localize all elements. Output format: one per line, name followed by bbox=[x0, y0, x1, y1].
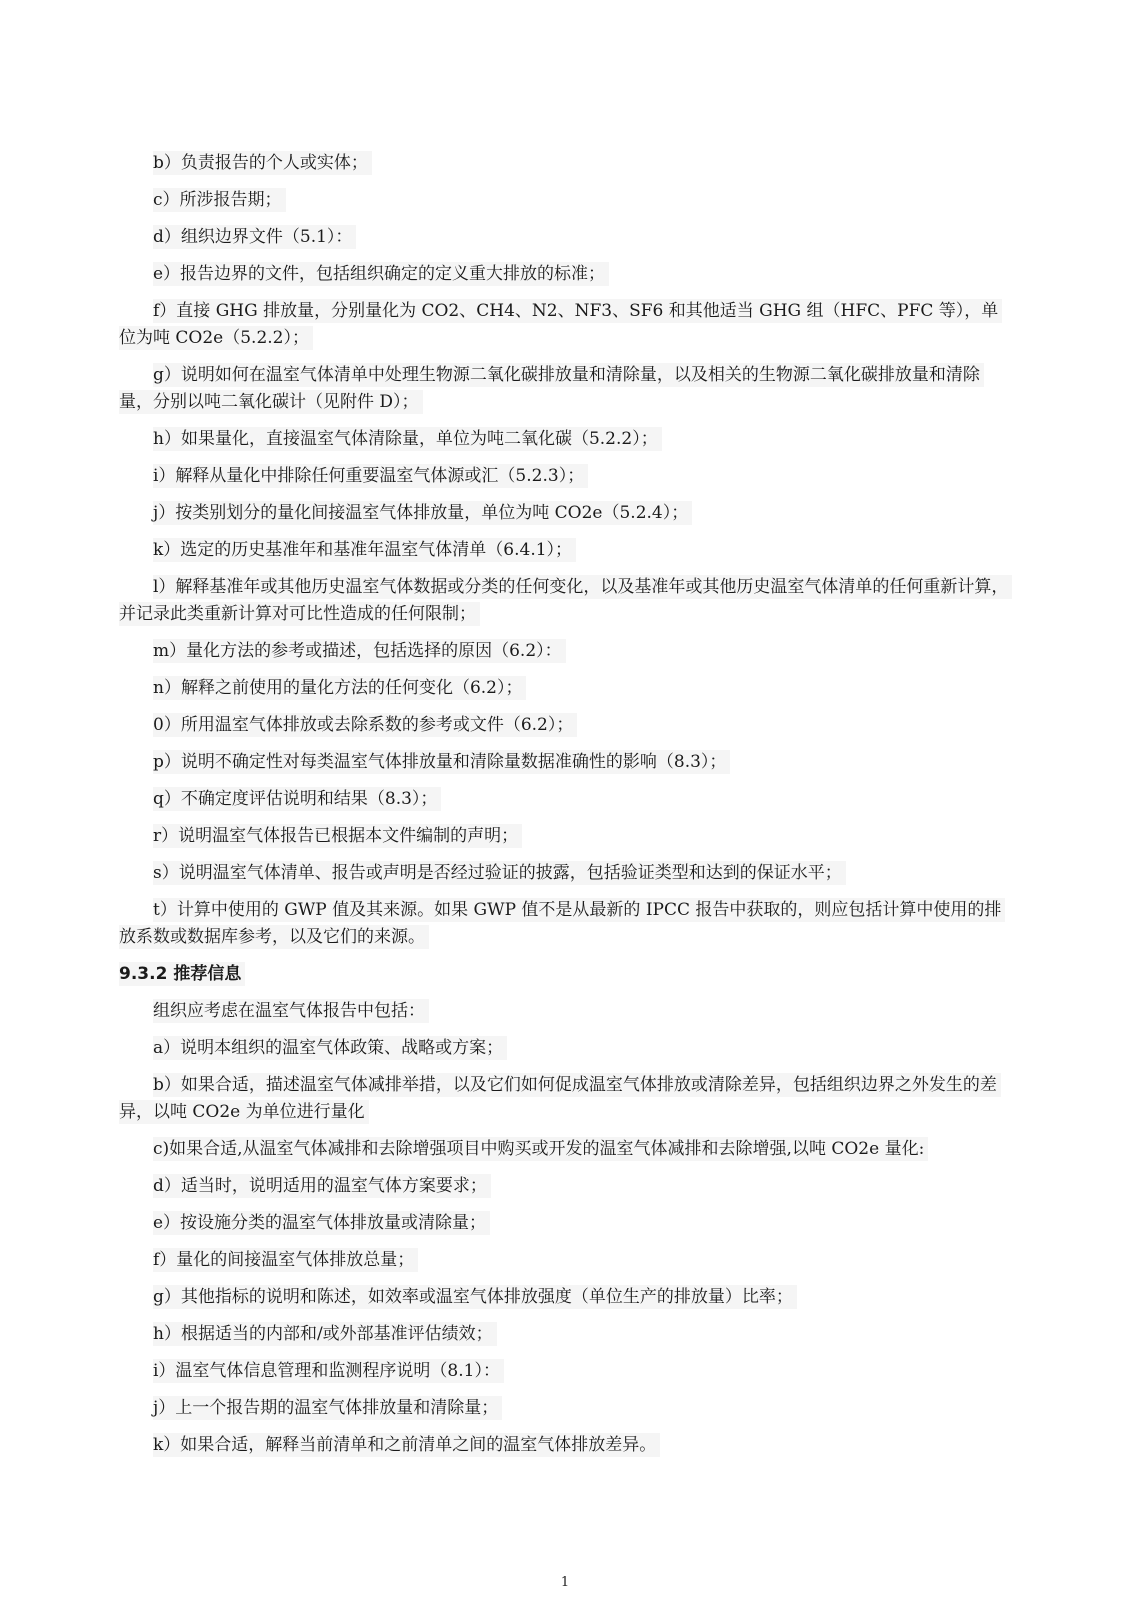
list-item: p）说明不确定性对每类温室气体排放量和清除量数据准确性的影响（8.3）； bbox=[119, 749, 1009, 776]
recommended-items-list: a）说明本组织的温室气体政策、战略或方案； b）如果合适，描述温室气体减排举措，… bbox=[119, 1035, 1009, 1459]
list-item: a）说明本组织的温室气体政策、战略或方案； bbox=[119, 1035, 1009, 1062]
document-body: b）负责报告的个人或实体； c）所涉报告期； d）组织边界文件（5.1）： e）… bbox=[119, 150, 1009, 1469]
list-item: b）负责报告的个人或实体； bbox=[119, 150, 1009, 177]
list-item: f）直接 GHG 排放量，分别量化为 CO2、CH4、N2、NF3、SF6 和其… bbox=[119, 298, 1009, 352]
list-item: b）如果合适，描述温室气体减排举措，以及它们如何促成温室气体排放或清除差异，包括… bbox=[119, 1072, 1009, 1126]
list-item: m）量化方法的参考或描述，包括选择的原因（6.2）： bbox=[119, 638, 1009, 665]
document-page: b）负责报告的个人或实体； c）所涉报告期； d）组织边界文件（5.1）： e）… bbox=[0, 0, 1130, 1600]
list-item: j）按类别划分的量化间接温室气体排放量，单位为吨 CO2e（5.2.4）； bbox=[119, 500, 1009, 527]
list-item: c)如果合适,从温室气体减排和去除增强项目中购买或开发的温室气体减排和去除增强,… bbox=[119, 1136, 1009, 1163]
section-heading: 9.3.2 推荐信息 bbox=[119, 961, 1009, 988]
list-item: k）选定的历史基准年和基准年温室气体清单（6.4.1）； bbox=[119, 537, 1009, 564]
page-number: 1 bbox=[0, 1575, 1130, 1590]
list-item: h）根据适当的内部和/或外部基准评估绩效； bbox=[119, 1321, 1009, 1348]
list-item: e）报告边界的文件，包括组织确定的定义重大排放的标准； bbox=[119, 261, 1009, 288]
list-item: i）温室气体信息管理和监测程序说明（8.1）： bbox=[119, 1358, 1009, 1385]
required-items-list: b）负责报告的个人或实体； c）所涉报告期； d）组织边界文件（5.1）： e）… bbox=[119, 150, 1009, 951]
list-item: q）不确定度评估说明和结果（8.3）； bbox=[119, 786, 1009, 813]
list-item: g）说明如何在温室气体清单中处理生物源二氧化碳排放量和清除量，以及相关的生物源二… bbox=[119, 362, 1009, 416]
list-item: n）解释之前使用的量化方法的任何变化（6.2）； bbox=[119, 675, 1009, 702]
list-item: e）按设施分类的温室气体排放量或清除量； bbox=[119, 1210, 1009, 1237]
list-item: d）组织边界文件（5.1）： bbox=[119, 224, 1009, 251]
list-item: f）量化的间接温室气体排放总量； bbox=[119, 1247, 1009, 1274]
list-item: t）计算中使用的 GWP 值及其来源。如果 GWP 值不是从最新的 IPCC 报… bbox=[119, 897, 1009, 951]
list-item: c）所涉报告期； bbox=[119, 187, 1009, 214]
list-item: l）解释基准年或其他历史温室气体数据或分类的任何变化，以及基准年或其他历史温室气… bbox=[119, 574, 1009, 628]
list-item: h）如果量化，直接温室气体清除量，单位为吨二氧化碳（5.2.2）； bbox=[119, 426, 1009, 453]
list-item: k）如果合适，解释当前清单和之前清单之间的温室气体排放差异。 bbox=[119, 1432, 1009, 1459]
list-item: j）上一个报告期的温室气体排放量和清除量； bbox=[119, 1395, 1009, 1422]
section-intro: 组织应考虑在温室气体报告中包括： bbox=[119, 998, 1009, 1025]
list-item: g）其他指标的说明和陈述，如效率或温室气体排放强度（单位生产的排放量）比率； bbox=[119, 1284, 1009, 1311]
list-item: i）解释从量化中排除任何重要温室气体源或汇（5.2.3）； bbox=[119, 463, 1009, 490]
list-item: d）适当时，说明适用的温室气体方案要求； bbox=[119, 1173, 1009, 1200]
list-item: s）说明温室气体清单、报告或声明是否经过验证的披露，包括验证类型和达到的保证水平… bbox=[119, 860, 1009, 887]
list-item: r）说明温室气体报告已根据本文件编制的声明； bbox=[119, 823, 1009, 850]
list-item: 0）所用温室气体排放或去除系数的参考或文件（6.2）； bbox=[119, 712, 1009, 739]
